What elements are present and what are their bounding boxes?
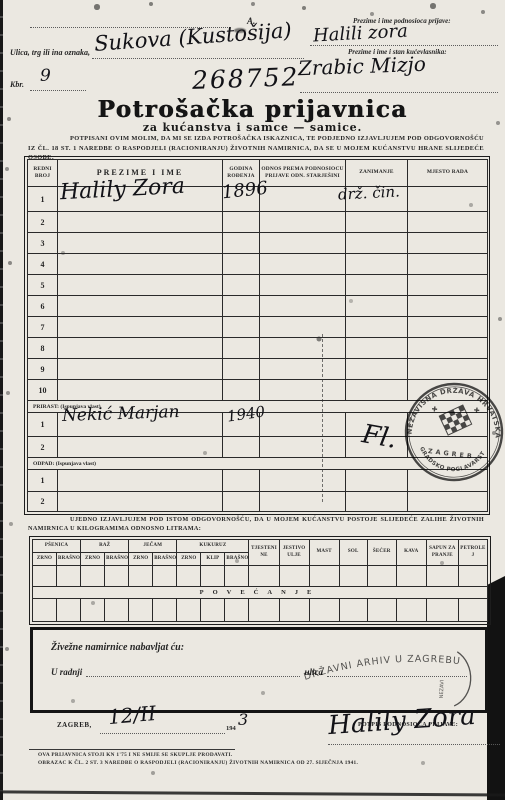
- occupation-cell: [346, 317, 408, 338]
- form-subtitle: za kućanstva i samce — samice.: [0, 121, 505, 134]
- kbr-label: Kbr.: [10, 80, 24, 89]
- row1-year-handwriting: 1896: [221, 180, 268, 203]
- supplies-group-header-row: PŠENICA RAŽ JEČAM KUKURUZ TJESTENINE JES…: [33, 540, 488, 553]
- sub-brasno: BRAŠNO: [153, 553, 177, 566]
- person-row: 4: [28, 254, 488, 275]
- occupation-cell: [346, 492, 408, 512]
- year-digit-handwriting: 3: [238, 712, 248, 728]
- name-cell: [58, 317, 223, 338]
- supplies-table: PŠENICA RAŽ JEČAM KUKURUZ TJESTENINE JES…: [29, 536, 491, 625]
- supply-value-cell: [153, 566, 177, 587]
- workplace-cell: [408, 317, 488, 338]
- stamp-top-text: NEZAVISNA DRŽAVA HRVATSKA: [405, 380, 505, 445]
- pencil-dash-mark: [322, 334, 323, 502]
- col-mjesto: MJESTO RADA: [408, 160, 488, 187]
- increase-row: POVEĆANJE: [33, 587, 488, 599]
- name-cell: [58, 380, 223, 401]
- workplace-cell: [408, 233, 488, 254]
- year-cell: [223, 338, 260, 359]
- workplace-cell: [408, 212, 488, 233]
- supply-value-cell: [458, 599, 487, 622]
- person-row: 5: [28, 275, 488, 296]
- sub-brasno: BRAŠNO: [57, 553, 81, 566]
- occupation-cell: [346, 254, 408, 275]
- year-printed: 194: [226, 725, 236, 732]
- occupation-cell: [346, 338, 408, 359]
- official-paraph-handwriting: Fl.: [360, 421, 399, 453]
- group-psenica: PŠENICA: [33, 540, 81, 553]
- relation-cell: [260, 187, 346, 212]
- relation-cell: [260, 470, 346, 492]
- purchase-title: Živežne namirnice nabavljat ću:: [51, 642, 184, 653]
- name-cell: [58, 233, 223, 254]
- supply-value-cell: [57, 566, 81, 587]
- relation-cell: [260, 275, 346, 296]
- supply-value-cell: [367, 599, 396, 622]
- occupation-cell: [346, 212, 408, 233]
- supply-value-cell: [177, 599, 201, 622]
- col-petrolej: PETROLEJ: [458, 540, 487, 566]
- fineprint-obrazac: OBRAZAC K ČL. 2 ST. 3 NAREDBE O RASPODJE…: [38, 760, 358, 766]
- supply-value-cell: [225, 599, 249, 622]
- form-title: Potrošačka prijavnica: [0, 96, 505, 123]
- year-cell: [223, 359, 260, 380]
- relation-cell: [260, 492, 346, 512]
- group-jecam: JEČAM: [129, 540, 177, 553]
- occupation-cell: [346, 296, 408, 317]
- workplace-cell: [408, 296, 488, 317]
- supply-value-cell: [177, 566, 201, 587]
- col-odnos: ODNOS PREMA PODNOSIOCU PRIJAVE ODN. STAR…: [260, 160, 346, 187]
- coat-of-arms-checkerboard: [439, 405, 471, 435]
- supply-value-cell: [201, 566, 225, 587]
- row-num: 6: [28, 296, 58, 317]
- sub-zrno: ZRNO: [177, 553, 201, 566]
- row-num: 3: [28, 233, 58, 254]
- supplies-value-row: [33, 566, 488, 587]
- sub-brasno: BRAŠNO: [105, 553, 129, 566]
- supply-value-cell: [339, 566, 367, 587]
- group-raz: RAŽ: [81, 540, 129, 553]
- year-cell: [223, 492, 260, 512]
- relation-cell: [260, 212, 346, 233]
- relation-cell: [260, 254, 346, 275]
- row-num: 10: [28, 380, 58, 401]
- relation-cell: [260, 359, 346, 380]
- row-num: 1: [28, 413, 58, 437]
- street-handwriting: Sukova (Kustošija): [94, 20, 293, 55]
- col-jestivo-ulje: JESTIVO ULJE: [279, 540, 309, 566]
- row-num: 2: [28, 437, 58, 458]
- person-row: 6: [28, 296, 488, 317]
- date-dotted-line: [100, 733, 225, 734]
- year-cell: [223, 254, 260, 275]
- workplace-cell: [408, 187, 488, 212]
- kbr-handwriting: 9: [40, 68, 51, 85]
- supply-value-cell: [309, 566, 339, 587]
- col-sapun: SAPUN ZA PRANJE: [426, 540, 458, 566]
- year-cell: [223, 470, 260, 492]
- year-cell: [223, 380, 260, 401]
- occupation-cell: [346, 380, 408, 401]
- workplace-cell: [408, 338, 488, 359]
- odpad-row: 2: [28, 492, 488, 512]
- year-cell: [223, 317, 260, 338]
- supply-value-cell: [225, 566, 249, 587]
- date-handwriting: 12/II: [107, 703, 157, 727]
- row-num: 8: [28, 338, 58, 359]
- supply-value-cell: [105, 599, 129, 622]
- name-cell: [58, 212, 223, 233]
- col-sol: SOL: [339, 540, 367, 566]
- fineprint-rule: [29, 749, 235, 750]
- prirast-name-handwriting: Nekić Marjan: [62, 404, 180, 425]
- occupation-cell: [346, 233, 408, 254]
- col-tjestenine: TJESTENINE: [249, 540, 279, 566]
- landlord-line: [300, 92, 498, 93]
- sub-brasno: BRAŠNO: [225, 553, 249, 566]
- row1-occupation-handwriting: drž. čin.: [338, 184, 401, 202]
- name-cell: [58, 359, 223, 380]
- svg-text:DRŽAVNI ARHIV U ZAGREBU: DRŽAVNI ARHIV U ZAGREBU: [302, 652, 462, 683]
- relation-cell: [260, 413, 346, 437]
- year-cell: [223, 437, 260, 458]
- col-mast: MAST: [309, 540, 339, 566]
- svg-text:NEZAVISNA DRŽAVA HRVATSKA: NEZAVISNA DRŽAVA HRVATSKA: [405, 380, 505, 445]
- radnji-dotted-line: [86, 666, 300, 677]
- row-num: 7: [28, 317, 58, 338]
- municipal-round-stamp: NEZAVISNA DRŽAVA HRVATSKA GRADSKO POGLAV…: [397, 374, 505, 490]
- supply-value-cell: [57, 599, 81, 622]
- stamp-ornament-cross-icon: ✚: [431, 405, 438, 414]
- document-page: A. Ulica, trg ili ina oznaka, Sukova (Ku…: [0, 0, 505, 800]
- year-cell: [223, 233, 260, 254]
- row-num: 4: [28, 254, 58, 275]
- row-num: 5: [28, 275, 58, 296]
- relation-cell: [260, 380, 346, 401]
- relation-cell: [260, 338, 346, 359]
- workplace-cell: [408, 254, 488, 275]
- sub-klip: KLIP: [201, 553, 225, 566]
- row-num: 1: [28, 187, 58, 212]
- group-kukuruz: KUKURUZ: [177, 540, 249, 553]
- col-kava: KAVA: [396, 540, 426, 566]
- year-cell: [223, 296, 260, 317]
- workplace-cell: [408, 275, 488, 296]
- year-cell: [223, 212, 260, 233]
- col-rednibroj: REDNI BROJ: [28, 160, 58, 187]
- landlord-handwriting: Zrabic Mizjo: [298, 54, 426, 78]
- supplies-declaration: UJEDNO IZJAVLJUJEM POD ISTOM ODGOVORNOŠĆ…: [28, 515, 484, 534]
- supplies-value-row: [33, 599, 488, 622]
- supply-value-cell: [367, 566, 396, 587]
- supply-value-cell: [249, 566, 279, 587]
- person-row: 7: [28, 317, 488, 338]
- supply-value-cell: [339, 599, 367, 622]
- supply-value-cell: [33, 566, 57, 587]
- row-num: 9: [28, 359, 58, 380]
- name-cell: [58, 470, 223, 492]
- name-cell: [58, 254, 223, 275]
- street-line: [92, 58, 304, 59]
- relation-cell: [260, 437, 346, 458]
- archive-stamp-text: DRŽAVNI ARHIV U ZAGREBU: [302, 652, 462, 683]
- person-row: 3: [28, 233, 488, 254]
- street-label: Ulica, trg ili ina oznaka,: [10, 48, 90, 57]
- supply-value-cell: [105, 566, 129, 587]
- supply-value-cell: [396, 599, 426, 622]
- scan-edge-bottom: [0, 790, 505, 796]
- person-row: 2: [28, 212, 488, 233]
- person-row: 8: [28, 338, 488, 359]
- supply-value-cell: [81, 599, 105, 622]
- kbr-line: [30, 90, 86, 91]
- supply-value-cell: [279, 599, 309, 622]
- sub-zrno: ZRNO: [33, 553, 57, 566]
- u-radnji-label: U radnji: [51, 667, 82, 677]
- supply-value-cell: [426, 566, 458, 587]
- supply-value-cell: [309, 599, 339, 622]
- supply-value-cell: [249, 599, 279, 622]
- name-cell: [58, 492, 223, 512]
- sub-zrno: ZRNO: [129, 553, 153, 566]
- relation-cell: [260, 233, 346, 254]
- city-label: ZAGREB,: [57, 721, 92, 729]
- supply-value-cell: [279, 566, 309, 587]
- archive-stamp-vertical-text: NEZAVI: [439, 680, 446, 699]
- serial-number-handwriting: 268752: [192, 64, 300, 93]
- name-cell: [58, 275, 223, 296]
- supply-value-cell: [396, 566, 426, 587]
- supply-value-cell: [153, 599, 177, 622]
- supply-value-cell: [201, 599, 225, 622]
- increase-label: POVEĆANJE: [33, 587, 488, 599]
- supply-value-cell: [33, 599, 57, 622]
- year-cell: [223, 275, 260, 296]
- sub-zrno: ZRNO: [81, 553, 105, 566]
- row-num: 2: [28, 492, 58, 512]
- supply-value-cell: [81, 566, 105, 587]
- stamp-ornament-cross-icon: ✚: [473, 406, 480, 415]
- col-secer: ŠEĆER: [367, 540, 396, 566]
- fineprint-price: OVA PRIJAVNICA STOJI KN 1'75 I NE SMIJE …: [38, 752, 232, 758]
- row-num: 1: [28, 470, 58, 492]
- occupation-cell: [346, 359, 408, 380]
- supply-value-cell: [129, 566, 153, 587]
- occupation-cell: [346, 275, 408, 296]
- name-cell: [58, 437, 223, 458]
- name-cell: [58, 338, 223, 359]
- name-cell: [58, 296, 223, 317]
- supply-value-cell: [129, 599, 153, 622]
- relation-cell: [260, 296, 346, 317]
- signature-dotted-line: [328, 744, 500, 745]
- row-num: 2: [28, 212, 58, 233]
- relation-cell: [260, 317, 346, 338]
- applicant-handwriting: Halili zora: [313, 23, 409, 46]
- stamp-center-text: ZAGREB: [428, 447, 476, 461]
- supply-value-cell: [426, 599, 458, 622]
- workplace-cell: [408, 492, 488, 512]
- supply-value-cell: [458, 566, 487, 587]
